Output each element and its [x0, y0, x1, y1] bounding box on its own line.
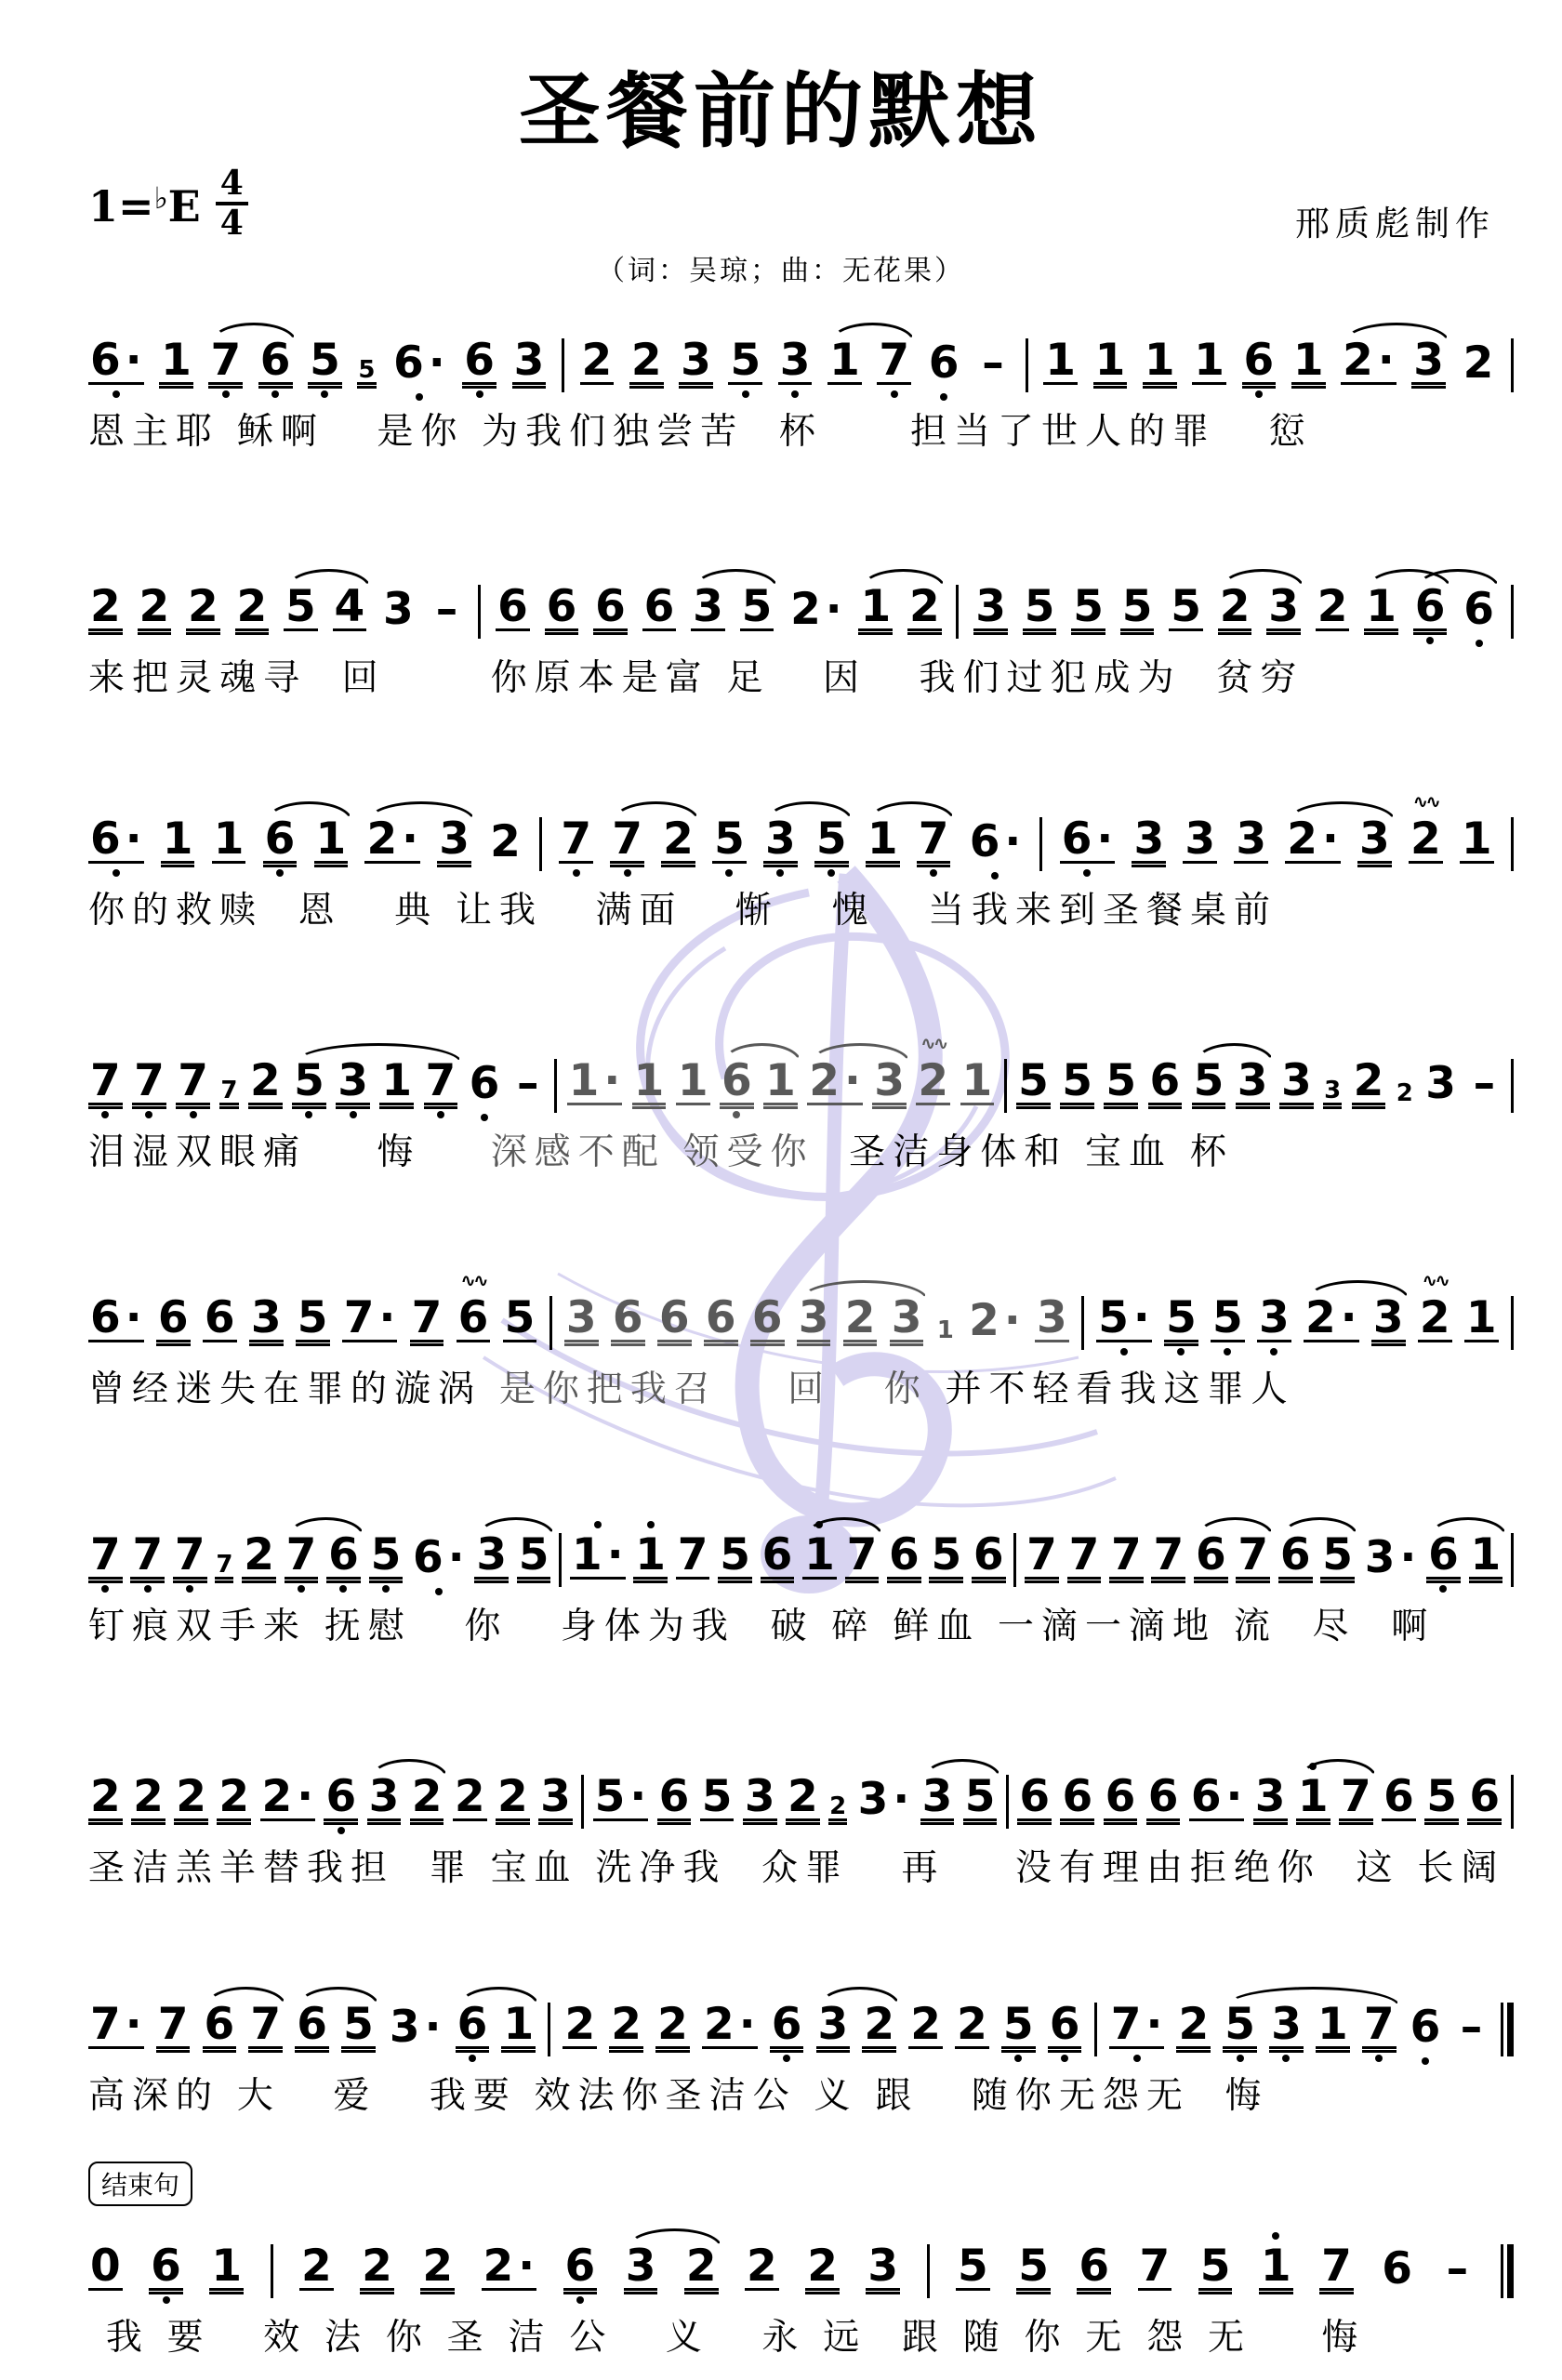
notes-row: 777727656·351·175617656777767653·61	[88, 1520, 1514, 1580]
note-token: 6	[263, 817, 298, 864]
octave-down-dot	[321, 390, 328, 398]
note-token: 6	[642, 585, 677, 631]
key-signature: 1=♭E44	[88, 165, 248, 242]
note-token: 3	[249, 1296, 284, 1342]
note-token: 7	[1319, 2244, 1354, 2291]
octave-down-dot	[163, 2296, 170, 2304]
lyrics-row: 恩主耶 稣啊 是你 为我们独尝苦 杯 担当了世人的罪 愆	[88, 411, 1514, 455]
note-token: 6	[927, 341, 961, 385]
note-token: 7	[917, 817, 951, 864]
octave-down-dot	[101, 1111, 109, 1118]
note-token: 1	[1192, 338, 1226, 385]
note-token: 5	[1164, 1296, 1198, 1342]
barline	[478, 585, 481, 639]
slur-arc	[477, 1517, 555, 1537]
note-token: 5	[740, 585, 774, 631]
notes-row: 6·176556·6322353176–1111612·32	[88, 325, 1514, 385]
augmentation-dot: ·	[397, 813, 418, 865]
slur-arc	[694, 569, 778, 588]
note-token: 2	[609, 2003, 643, 2049]
slur-arc	[1197, 1517, 1274, 1537]
barline	[1026, 338, 1028, 392]
slur-arc	[861, 569, 946, 588]
note-token: 2	[955, 2003, 989, 2049]
note-token: 7	[248, 2003, 283, 2049]
note-token: 3	[691, 585, 725, 631]
augmentation-dot: ·	[513, 2241, 535, 2292]
note-token: 5	[292, 1059, 326, 1105]
note-token: 6	[657, 1775, 692, 1821]
augmentation-dot: ·	[1373, 335, 1395, 386]
slur-arc	[1195, 1043, 1274, 1063]
octave-down-dot	[101, 1585, 109, 1593]
note-token: 1	[1296, 1775, 1330, 1821]
note-token: 3	[1269, 2003, 1304, 2049]
note-token: 1	[212, 817, 246, 864]
note-token: 7	[610, 817, 644, 864]
slur-arc	[1281, 1517, 1358, 1537]
lyric-segment: 我 要 效 法 你 圣 洁 公 义 永 远 跟 随 你 无 怨 无 悔	[88, 2318, 1365, 2358]
note-token: 6∿∿	[457, 1296, 491, 1342]
note-token: 2·	[702, 2003, 758, 2049]
barline	[1094, 2003, 1097, 2056]
note-token: 7	[1362, 2003, 1397, 2049]
note-token: 2	[1352, 1059, 1386, 1105]
note-token: 3	[624, 2244, 658, 2291]
augmentation-dot: ·	[599, 1055, 620, 1106]
slur-arc	[627, 2228, 722, 2248]
note-token: 1	[159, 338, 193, 385]
octave-down-dot	[113, 869, 120, 877]
octave-down-dot	[827, 869, 835, 877]
augmentation-dot: ·	[1317, 813, 1339, 865]
note-token: 2	[496, 1775, 530, 1821]
augmentation-dot: ·	[888, 1774, 909, 1825]
barline	[539, 817, 542, 871]
barline	[1511, 1059, 1514, 1113]
note-token: 7	[1138, 2244, 1172, 2291]
barline	[562, 338, 564, 392]
notes-row: 0612222·63222355675176–	[88, 2231, 1514, 2291]
note-token: 1	[379, 1059, 414, 1105]
music-system: 22222·6322235·653223·3566666·317656圣洁羔羊替…	[88, 1762, 1514, 1891]
note-token: 2	[488, 820, 523, 864]
note-token: 2	[420, 2244, 455, 2291]
note-token: 7	[1236, 1533, 1270, 1580]
note-token: 2	[862, 2003, 896, 2049]
note-token: 6·	[411, 1536, 467, 1580]
note-token: 1	[763, 1059, 798, 1105]
note-token: 3	[1236, 1059, 1270, 1105]
note-token: 2	[1218, 585, 1252, 631]
slur-arc	[613, 801, 699, 821]
note-token: 3	[437, 817, 471, 864]
note-token: 3	[1357, 817, 1392, 864]
barline	[1081, 1296, 1084, 1350]
barline	[1511, 585, 1514, 639]
slur-arc	[805, 1517, 883, 1537]
flat-icon: ♭	[154, 180, 168, 216]
octave-down-dot	[930, 869, 937, 877]
note-token: 7	[424, 1059, 458, 1105]
octave-down-dot	[298, 1585, 305, 1593]
note-token: 3·	[388, 2005, 443, 2049]
note-token: 5	[503, 1296, 537, 1342]
note-token: 6	[456, 2003, 490, 2049]
note-token: 6·	[88, 338, 144, 385]
note-token: 7	[156, 2003, 191, 2049]
notes-row: 2222543–6666352·1235555232166	[88, 572, 1514, 631]
augmentation-dot: ·	[1141, 1999, 1162, 2050]
note-token: 6	[593, 585, 628, 631]
note-token: 6	[611, 1296, 645, 1342]
note-token: 2	[843, 1296, 878, 1342]
octave-down-dot	[1224, 1348, 1231, 1355]
note-token: 2	[655, 2003, 690, 2049]
octave-down-dot	[1133, 2055, 1141, 2062]
octave-down-dot	[382, 1585, 390, 1593]
lyrics-row: 钉痕双手来 抚慰 你 身体为我 破 碎 鲜血 一滴一滴地 流 尽 啊	[88, 1606, 1514, 1649]
note-token: 2	[908, 2003, 943, 2049]
note-token: 7	[1151, 1533, 1185, 1580]
note-token: 5	[357, 358, 376, 385]
note-token: 1	[936, 1318, 955, 1342]
octave-down-dot	[190, 1111, 197, 1118]
note-token: 1	[1259, 2244, 1293, 2291]
note-token: 6	[203, 2003, 237, 2049]
notes-row: 6·11612·32772535176·6·3332·32∿∿1	[88, 804, 1514, 864]
note-token: 1	[866, 817, 900, 864]
octave-down-dot	[783, 2055, 790, 2062]
note-token: 5	[1104, 1059, 1138, 1105]
note-token: 5	[296, 1296, 330, 1342]
note-token: 2	[138, 585, 172, 631]
octave-down-dot	[476, 390, 483, 398]
note-token: 1	[1464, 1296, 1499, 1342]
music-system: 0612222·63222355675176– 我 要 效 法 你 圣 洁 公 …	[88, 2231, 1514, 2360]
lyrics-row: 曾经迷失在罪的漩涡 是你把我召 回 你 并不轻看我这罪人	[88, 1368, 1514, 1412]
note-token: 1	[1469, 1533, 1503, 1580]
note-token: 3	[920, 1775, 955, 1821]
octave-down-dot	[416, 393, 423, 401]
lyric-segment: 高深的 大 爱 我要 效法你圣洁公 义 跟 随你无怨无 悔	[88, 2076, 1269, 2116]
octave-down-dot	[350, 1111, 357, 1118]
note-token: 6	[1146, 1775, 1181, 1821]
mordent-icon: ∿∿	[460, 1271, 486, 1289]
note-token: 7	[219, 1078, 238, 1105]
note-token: 2	[661, 817, 695, 864]
note-token: 6·	[88, 1296, 144, 1342]
note-token: 7	[132, 1059, 166, 1105]
note-token: 6	[1048, 2003, 1082, 2049]
note-token: 1·	[567, 1059, 623, 1105]
note-token: 3	[367, 1775, 402, 1821]
note-token: 5	[963, 1775, 998, 1821]
note-token: 1	[633, 1533, 668, 1580]
slur-arc	[923, 1759, 1001, 1778]
lyric-segment: 来把灵魂寻 回 你原本是富 足 因 我们过犯成为 贫穷	[88, 658, 1304, 698]
note-token: 3	[743, 1775, 777, 1821]
octave-down-dot	[1422, 2057, 1429, 2065]
octave-down-dot	[1439, 1585, 1447, 1593]
note-token: 2·	[1285, 817, 1341, 864]
augmentation-dot: ·	[443, 1532, 465, 1583]
note-token: 6	[1242, 338, 1277, 385]
barline	[956, 585, 959, 639]
note-token: 1	[314, 817, 349, 864]
note-token: 1	[858, 585, 893, 631]
barline	[549, 1296, 552, 1350]
note-token: 6	[770, 2003, 804, 2049]
note-token: 2	[410, 1775, 444, 1821]
augmentation-dot: ·	[999, 816, 1021, 867]
barline	[1013, 1533, 1016, 1587]
time-signature: 44	[216, 165, 248, 242]
augmentation-dot: ·	[424, 337, 445, 389]
note-token: 6	[203, 1296, 237, 1342]
note-token: 2	[360, 2244, 394, 2291]
octave-down-dot	[144, 1585, 152, 1593]
note-token: 2·	[364, 817, 420, 864]
augmentation-dot: ·	[999, 1295, 1021, 1346]
note-token: 6	[972, 1533, 1006, 1580]
music-system: 6·11612·32772535176·6·3332·32∿∿1你的救赎 恩 典…	[88, 804, 1514, 933]
note-token: 2∿∿	[1409, 817, 1443, 864]
music-system: 7·767653·612222·63222567·253176–高深的 大 爱 …	[88, 1990, 1514, 2119]
barline	[554, 1059, 557, 1113]
note-token: 2·	[788, 588, 844, 631]
barline	[1511, 817, 1514, 871]
note-token: 1	[1364, 585, 1398, 631]
note-token: 3	[1371, 1296, 1406, 1342]
note-token: 2	[174, 1775, 208, 1821]
note-token: 5	[517, 1533, 551, 1580]
octave-down-dot	[113, 390, 120, 398]
lyric-segment: 深感不配 领受你	[491, 1132, 814, 1172]
note-token: 6	[1462, 588, 1496, 631]
note-token: 6	[1380, 2247, 1414, 2291]
octave-down-dot	[776, 869, 784, 877]
note-token: 5	[369, 1533, 404, 1580]
octave-down-dot	[339, 1585, 347, 1593]
mordent-icon: ∿∿	[1422, 1271, 1448, 1289]
note-token: 6	[156, 1296, 191, 1342]
note-token: 3	[538, 1775, 573, 1821]
augmentation-dot: ·	[1092, 813, 1113, 865]
note-token: 7	[208, 338, 243, 385]
note-token: 7	[559, 817, 593, 864]
note-token: 7	[1025, 1533, 1059, 1580]
note-token: 3·	[856, 1778, 912, 1821]
note-token: 6	[1278, 1533, 1313, 1580]
slur-arc	[286, 569, 371, 588]
dash-note: –	[511, 1062, 545, 1105]
note-token: 3	[763, 817, 798, 864]
note-token: 6	[462, 338, 496, 385]
note-token: 6·	[968, 820, 1024, 864]
octave-down-dot	[725, 869, 733, 877]
octave-down-dot	[733, 1111, 740, 1118]
note-token: 5	[1198, 2244, 1233, 2291]
note-token: 2	[1176, 2003, 1211, 2049]
note-token: 2	[1396, 1081, 1414, 1105]
note-token: 6	[468, 1062, 502, 1105]
note-token: 2·	[260, 1775, 316, 1821]
note-token: 3	[866, 2244, 900, 2291]
note-token: 7	[676, 1533, 710, 1580]
note-token: 3	[512, 338, 547, 385]
note-token: 1	[802, 1533, 837, 1580]
note-token: 2	[131, 1775, 165, 1821]
note-token: 6	[657, 1296, 692, 1342]
note-token: 6·	[1189, 1775, 1245, 1821]
note-token: 6	[563, 2244, 598, 2291]
augmentation-dot: ·	[1336, 1292, 1357, 1343]
note-token: 5	[1424, 1775, 1459, 1821]
note-token: 3	[797, 1296, 831, 1342]
note-token: 2	[299, 2244, 334, 2291]
augmentation-dot: ·	[735, 1999, 756, 2050]
barline	[548, 2003, 550, 2056]
octave-down-dot	[742, 390, 749, 398]
note-token: 5	[1320, 1533, 1355, 1580]
note-token: 2	[1316, 585, 1350, 631]
note-token: 7	[1339, 1775, 1373, 1821]
note-token: 2·	[1304, 1296, 1359, 1342]
note-token: 7	[176, 1059, 210, 1105]
barline	[1511, 1296, 1514, 1350]
note-token: 5	[728, 338, 762, 385]
note-token: 6	[720, 1059, 754, 1105]
octave-down-dot	[891, 390, 898, 398]
octave-down-dot	[469, 2055, 476, 2062]
note-token: 6	[324, 1775, 358, 1821]
note-token: 2	[828, 1794, 847, 1821]
note-token: 2·	[967, 1299, 1023, 1342]
note-token: 5	[718, 1533, 752, 1580]
note-token: 3	[381, 588, 416, 631]
key-prefix: 1=	[88, 181, 154, 231]
note-token: 5	[712, 817, 747, 864]
barline	[581, 1775, 584, 1829]
note-token: 2	[235, 585, 270, 631]
dash-note: –	[1455, 2005, 1489, 2049]
octave-down-dot	[271, 390, 279, 398]
octave-down-dot	[576, 2296, 584, 2304]
slur-arc	[868, 801, 955, 821]
note-token: 1	[827, 338, 862, 385]
augmentation-dot: ·	[121, 813, 142, 865]
note-token: 5	[1169, 585, 1203, 631]
octave-down-dot	[940, 393, 947, 401]
octave-down-dot	[186, 1585, 193, 1593]
mordent-icon: ∿∿	[920, 1034, 946, 1052]
note-token: 7	[877, 338, 911, 385]
note-token: 7·	[88, 2003, 144, 2049]
note-token: 2·	[482, 2244, 537, 2291]
music-system: 2222543–6666352·1235555232166来把灵魂寻 回 你原本…	[88, 572, 1514, 701]
augmentation-dot: ·	[1222, 1771, 1243, 1822]
barline	[1004, 1059, 1007, 1113]
dash-note: –	[976, 341, 1010, 385]
lyric-segment: 钉痕双手来 抚慰 你 身体为我 破 碎 鲜血 一滴一滴地 流 尽 啊	[88, 1606, 1435, 1646]
note-token: 2	[88, 585, 123, 631]
note-token: 2	[1462, 341, 1496, 385]
slur-arc	[1288, 801, 1396, 821]
octave-down-dot	[573, 869, 580, 877]
note-token: 5	[1060, 1059, 1094, 1105]
octave-down-dot	[1083, 869, 1091, 877]
octave-down-dot	[1014, 2055, 1022, 2062]
note-token: 5·	[1096, 1296, 1152, 1342]
octave-down-dot	[435, 1588, 443, 1595]
note-token: 6	[1413, 585, 1448, 631]
note-token: 6	[1426, 1533, 1461, 1580]
note-token: 3	[872, 1059, 907, 1105]
slur-arc	[266, 801, 352, 821]
note-token: 7	[845, 1533, 880, 1580]
barline	[559, 1533, 562, 1587]
note-token: 5	[1120, 585, 1155, 631]
slur-arc	[1306, 1280, 1410, 1300]
note-token: 3	[1323, 1078, 1342, 1105]
note-token: 0	[88, 2244, 123, 2291]
note-token: 6	[258, 338, 293, 385]
lyrics-row: 高深的 大 爱 我要 效法你圣洁公 义 跟 随你无怨无 悔	[88, 2075, 1514, 2119]
final-barline	[1501, 2003, 1514, 2056]
note-token: 5·	[593, 1775, 649, 1821]
music-system: 777727656·351·175617656777767653·61钉痕双手来…	[88, 1520, 1514, 1649]
note-token: 3	[1253, 1775, 1288, 1821]
barline	[1006, 1775, 1009, 1829]
note-token: 2∿∿	[1418, 1296, 1452, 1342]
octave-down-dot	[991, 872, 999, 879]
note-token: 1	[209, 2244, 244, 2291]
note-token: 7	[410, 1296, 444, 1342]
note-token: 1	[161, 817, 195, 864]
octave-up-dot	[647, 1521, 655, 1528]
notes-row: 22222·6322235·653223·3566666·317656	[88, 1762, 1514, 1821]
note-token: 7	[88, 1533, 123, 1580]
augmentation-dot: ·	[121, 1292, 142, 1343]
note-token: 6	[1060, 1775, 1094, 1821]
note-token: 5	[1071, 585, 1105, 631]
note-token: 2	[805, 2244, 840, 2291]
note-token: 3	[474, 1533, 509, 1580]
octave-down-dot	[1375, 2055, 1383, 2062]
note-token: 6	[1409, 2005, 1443, 2049]
note-token: 2	[786, 1775, 820, 1821]
note-token: 3	[1266, 585, 1301, 631]
note-token: 1	[960, 1059, 995, 1105]
note-token: 6	[1194, 1533, 1228, 1580]
note-token: 6	[1077, 2244, 1111, 2291]
augmentation-dot: ·	[602, 1529, 624, 1580]
note-token: 2·	[807, 1059, 863, 1105]
barline	[1039, 817, 1042, 871]
sheet-music-page: 圣餐前的默想 1=♭E44 邢质彪制作 （词：吴琼；曲：无花果） 6·17655…	[0, 0, 1562, 2380]
lyric-segment: 恩主耶 稣啊 是你 为我们独尝苦 杯 担当了世人的罪 愆	[88, 412, 1313, 452]
note-token: 5	[1001, 2003, 1036, 2049]
lyric-segment: 并不轻看我这罪人	[928, 1369, 1295, 1409]
note-token: 3	[973, 585, 1008, 631]
augmentation-dot: ·	[121, 1999, 142, 2050]
octave-down-dot	[1177, 1348, 1185, 1355]
slur-arc	[1429, 1517, 1507, 1537]
note-token: 3	[1234, 817, 1268, 864]
slur-arc	[830, 323, 915, 342]
augmentation-dot: ·	[625, 1771, 646, 1822]
